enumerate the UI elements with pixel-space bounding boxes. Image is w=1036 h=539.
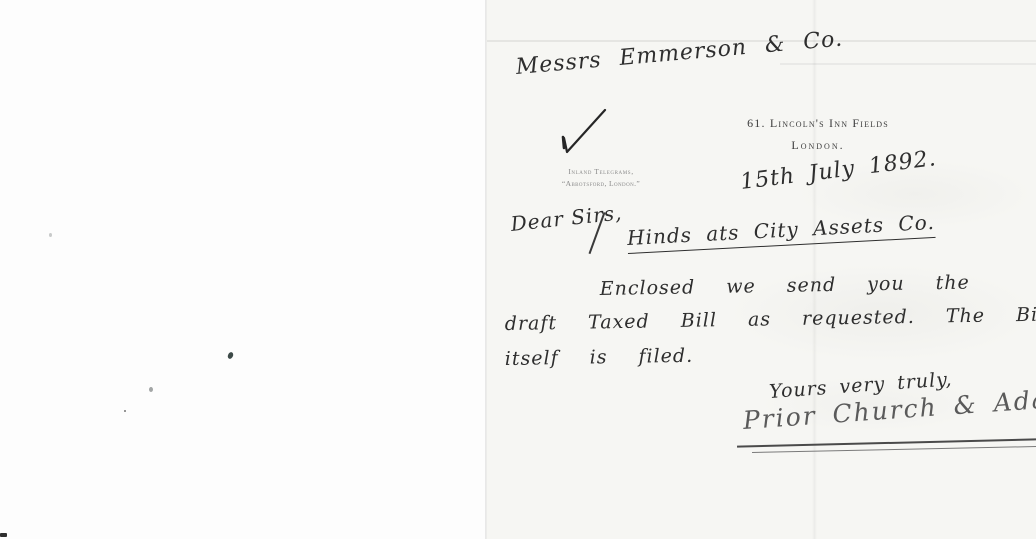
letterhead-telegrams-line1: Inland Telegrams, xyxy=(545,167,657,176)
scanned-letter: Messrs Emmerson & Co. 61. Lincoln's Inn … xyxy=(0,0,1036,539)
body-line-3: itself is filed. xyxy=(505,345,694,370)
ink-speck xyxy=(49,233,52,237)
letterhead-address-line1: 61. Lincoln's Inn Fields xyxy=(733,116,903,131)
vertical-crease xyxy=(812,0,817,539)
page-fold-edge xyxy=(485,0,487,539)
ink-speck xyxy=(124,410,126,412)
letter-page xyxy=(486,0,1036,539)
ink-speck xyxy=(149,387,153,392)
letterhead-address-line2: London. xyxy=(733,138,903,153)
letterhead-telegrams-line2: “Abbotsford, London.” xyxy=(540,179,662,188)
scan-corner-mark xyxy=(0,533,7,537)
horizontal-crease xyxy=(780,63,1036,65)
check-mark-icon xyxy=(552,102,614,158)
blank-facing-page xyxy=(0,0,486,539)
